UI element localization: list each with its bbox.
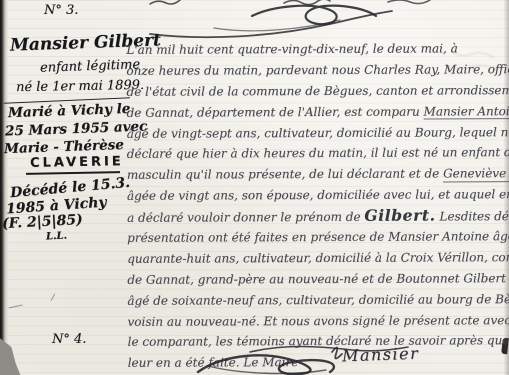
pencil-mark bbox=[51, 293, 63, 304]
act-line: âgé de vingt-sept ans, cultivateur, domi… bbox=[127, 122, 505, 145]
margin-death-note-initials: L.L. bbox=[46, 230, 68, 242]
act-line: âgée de vingt ans, son épouse, domicilié… bbox=[127, 184, 505, 207]
act-line: le comparant, les témoins ayant déclaré … bbox=[128, 331, 506, 354]
act-line: de Gannat, grand-père au nouveau-né et d… bbox=[127, 268, 505, 291]
margin-death-note-reference: (F. 2|5|85) bbox=[2, 212, 83, 232]
pencil-mark bbox=[7, 299, 22, 309]
act-line: âgé de soixante-neuf ans, cultivateur, d… bbox=[127, 289, 505, 312]
act-text: a déclaré vouloir donner le prénom de bbox=[127, 210, 364, 225]
act-line: déclaré que hier à dix heures du matin, … bbox=[127, 143, 505, 166]
act-line: leur en a été faite. Le Maire bbox=[128, 352, 506, 375]
margin-marriage-note-line1: Marié à Vichy le bbox=[8, 101, 131, 121]
act-line: de l'état civil de la commune de Bègues,… bbox=[126, 80, 504, 103]
act-line: masculin qu'il nous présente, de lui déc… bbox=[127, 164, 505, 187]
act-line: quarante-huit ans, cultivateur, domicili… bbox=[127, 247, 505, 270]
act-text: de Gannat, département de l'Allier, est … bbox=[127, 104, 424, 119]
act-line: onze heures du matin, pardevant nous Cha… bbox=[126, 59, 504, 82]
mother-name-underlined: Geneviève Boissier bbox=[443, 166, 509, 182]
act-body-text: L'an mil huit cent quatre-vingt-dix-neuf… bbox=[126, 38, 505, 374]
margin-filiation-note: enfant légitime bbox=[40, 57, 141, 75]
witness-signature: Mansier bbox=[342, 344, 420, 366]
margin-birth-date-note: né le 1er mai 1899. bbox=[16, 78, 144, 95]
child-forename-emphasis: Gilbert. bbox=[364, 206, 435, 225]
record-number: N° 3. bbox=[44, 3, 78, 18]
act-text: Lesdites déclaration et bbox=[436, 209, 509, 224]
act-text: masculin qu'il nous présente, de lui déc… bbox=[127, 167, 443, 182]
act-line: voisin au nouveau-né. Et nous avons sign… bbox=[127, 310, 505, 333]
margin-spouse-surname: CLAVERIE bbox=[30, 154, 124, 171]
register-page: N° 3. Mansier Gilbert enfant légitime né… bbox=[0, 0, 509, 375]
act-line: présentation ont été faites en présence … bbox=[127, 226, 505, 249]
act-line: a déclaré vouloir donner le prénom de Gi… bbox=[127, 205, 505, 228]
book-binding-edge bbox=[0, 0, 8, 375]
next-record-number: N° 4. bbox=[52, 332, 86, 347]
spouse-surname-underline bbox=[26, 171, 120, 174]
declarant-name-underlined: Mansier Antoine bbox=[423, 104, 509, 120]
act-line: L'an mil huit cent quatre-vingt-dix-neuf… bbox=[126, 38, 504, 61]
act-line: de Gannat, département de l'Allier, est … bbox=[127, 101, 505, 124]
